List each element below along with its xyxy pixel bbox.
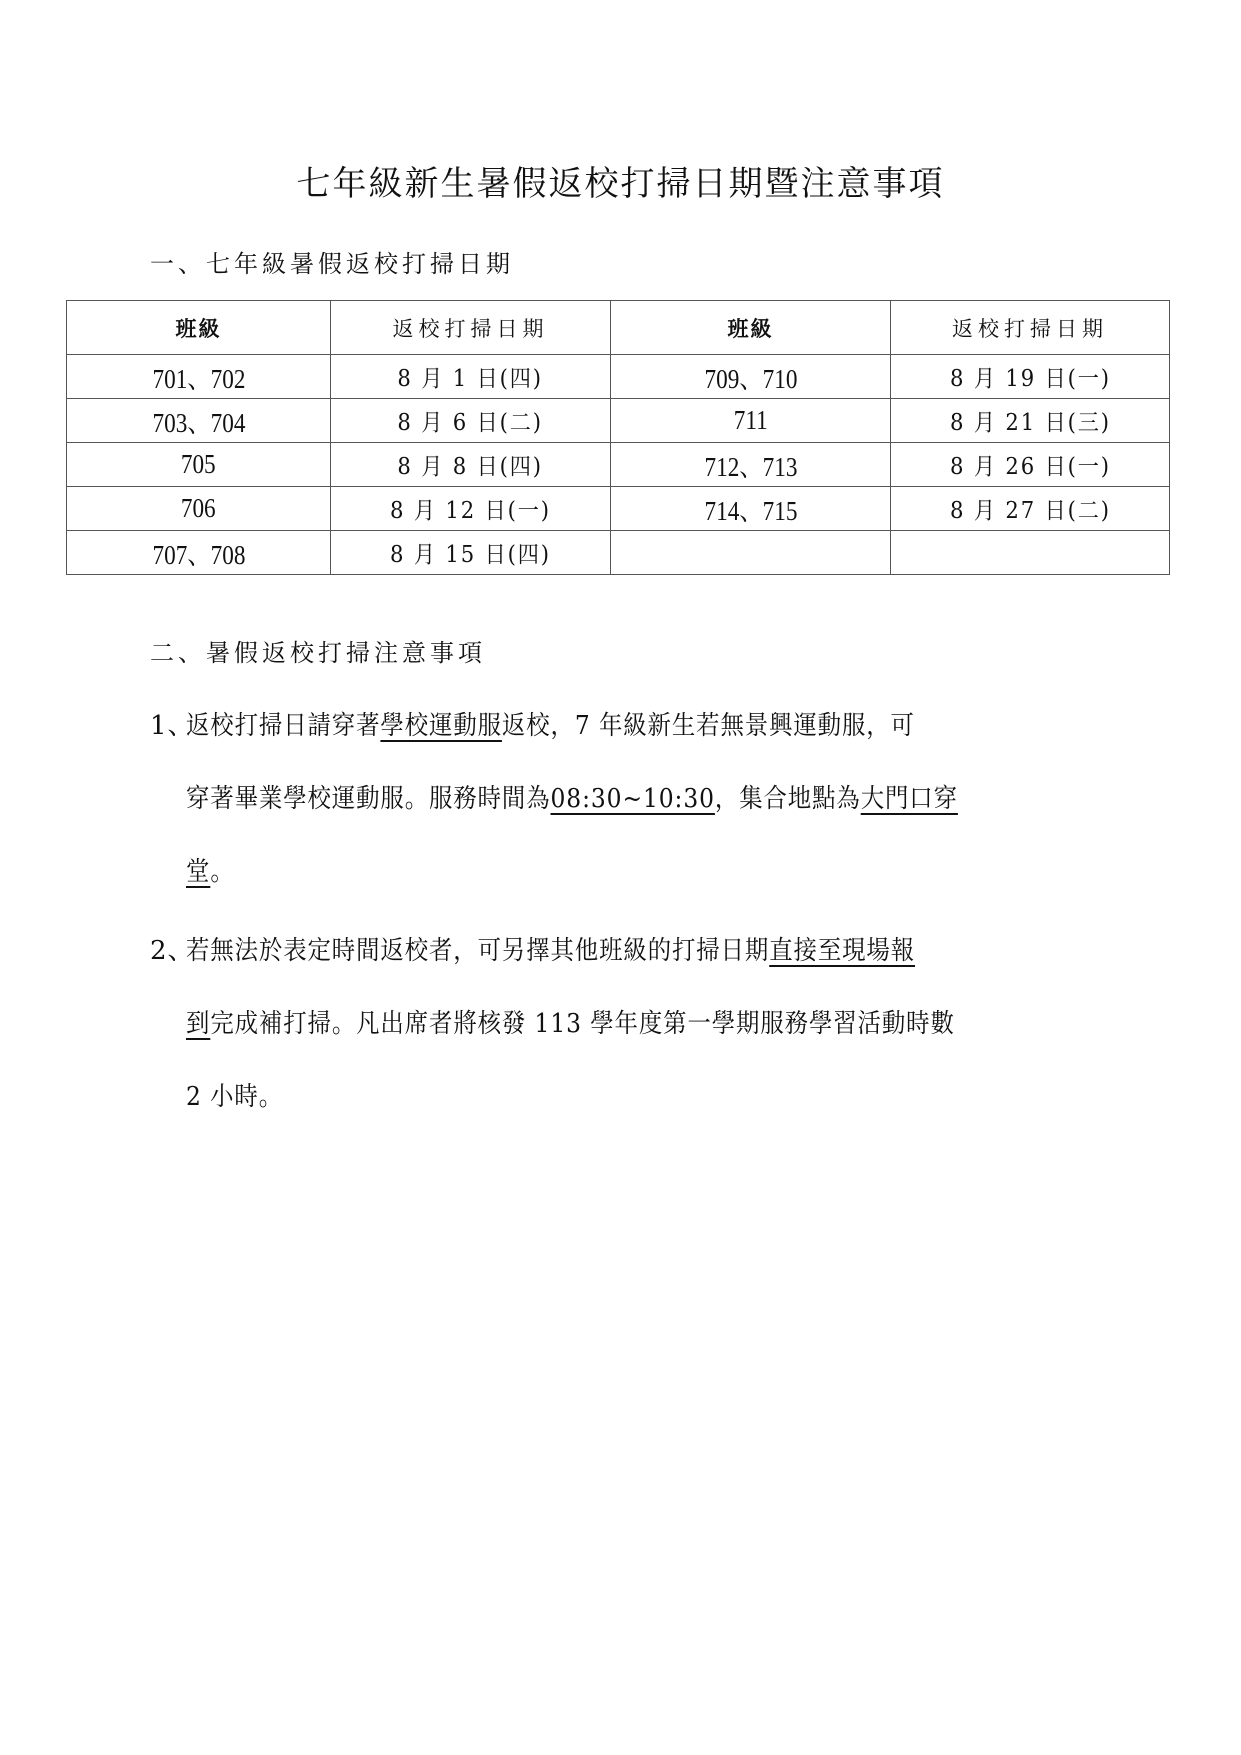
class-cell: 703、704 xyxy=(67,399,331,443)
class-cell: 709、710 xyxy=(611,355,891,399)
note-text: 。 xyxy=(210,836,234,909)
date-cell: 8 月 27 日(二) xyxy=(891,487,1170,531)
note-line: 1、返校打掃日請穿著學校運動服返校，7 年級新生若無景興運動服，可 xyxy=(150,690,1100,763)
table-header-row: 班級 返校打掃日期 班級 返校打掃日期 xyxy=(67,301,1170,355)
date-cell: 8 月 21 日(三) xyxy=(891,399,1170,443)
date-cell-empty xyxy=(891,531,1170,575)
document-page: 七年級新生暑假返校打掃日期暨注意事項 一、七年級暑假返校打掃日期 班級 返校打掃… xyxy=(0,0,1241,1755)
class-cell: 707、708 xyxy=(67,531,331,575)
note-text-underlined: 堂 xyxy=(186,836,210,909)
note-text-underlined: 直接至現場報 xyxy=(769,915,915,988)
document-title: 七年級新生暑假返校打掃日期暨注意事項 xyxy=(0,162,1241,206)
note-text: 若無法於表定時間返校者，可另擇其他班級的打掃日期 xyxy=(186,915,769,988)
table-row: 707、708 8 月 15 日(四) xyxy=(67,531,1170,575)
class-cell: 711 xyxy=(611,399,891,443)
note-text-underlined: 學校運動服 xyxy=(380,690,502,763)
class-cell: 714、715 xyxy=(611,487,891,531)
class-cell: 712、713 xyxy=(611,443,891,487)
note-number: 2、 xyxy=(150,915,186,988)
note-text: 2 小時。 xyxy=(186,1061,283,1134)
note-text: ，集合地點為 xyxy=(715,763,861,836)
note-line: 2 小時。 xyxy=(150,1061,1100,1134)
date-cell: 8 月 6 日(二) xyxy=(331,399,611,443)
note-line: 堂。 xyxy=(150,836,1100,909)
table-row: 703、704 8 月 6 日(二) 711 8 月 21 日(三) xyxy=(67,399,1170,443)
date-cell: 8 月 26 日(一) xyxy=(891,443,1170,487)
table-row: 705 8 月 8 日(四) 712、713 8 月 26 日(一) xyxy=(67,443,1170,487)
note-text-underlined: 到 xyxy=(186,988,210,1061)
note-line: 2、若無法於表定時間返校者，可另擇其他班級的打掃日期直接至現場報 xyxy=(150,915,1100,988)
date-cell: 8 月 15 日(四) xyxy=(331,531,611,575)
note-item-2: 2、若無法於表定時間返校者，可另擇其他班級的打掃日期直接至現場報 到完成補打掃。… xyxy=(150,915,1100,1134)
header-class-a: 班級 xyxy=(67,301,331,355)
note-text: 返校，7 年級新生若無景興運動服，可 xyxy=(502,690,915,763)
class-cell-empty xyxy=(611,531,891,575)
note-text-underlined: 08:30~10:30 xyxy=(551,763,715,836)
table-row: 701、702 8 月 1 日(四) 709、710 8 月 19 日(一) xyxy=(67,355,1170,399)
date-cell: 8 月 19 日(一) xyxy=(891,355,1170,399)
cleaning-schedule-table: 班級 返校打掃日期 班級 返校打掃日期 701、702 8 月 1 日(四) 7… xyxy=(66,300,1170,575)
note-line: 到完成補打掃。凡出席者將核發 113 學年度第一學期服務學習活動時數 xyxy=(150,988,1100,1061)
class-cell: 701、702 xyxy=(67,355,331,399)
date-cell: 8 月 12 日(一) xyxy=(331,487,611,531)
table-row: 706 8 月 12 日(一) 714、715 8 月 27 日(二) xyxy=(67,487,1170,531)
note-text: 完成補打掃。凡出席者將核發 113 學年度第一學期服務學習活動時數 xyxy=(210,988,954,1061)
note-line: 穿著畢業學校運動服。服務時間為 08:30~10:30，集合地點為大門口穿 xyxy=(150,763,1100,836)
date-cell: 8 月 1 日(四) xyxy=(331,355,611,399)
note-text: 穿著畢業學校運動服。服務時間為 xyxy=(186,763,551,836)
note-text-underlined: 大門口穿 xyxy=(861,763,958,836)
class-cell: 705 xyxy=(67,443,331,487)
date-cell: 8 月 8 日(四) xyxy=(331,443,611,487)
header-date-a: 返校打掃日期 xyxy=(331,301,611,355)
section-heading-schedule: 一、七年級暑假返校打掃日期 xyxy=(150,248,514,280)
class-cell: 706 xyxy=(67,487,331,531)
note-text: 返校打掃日請穿著 xyxy=(186,690,380,763)
header-date-b: 返校打掃日期 xyxy=(891,301,1170,355)
header-class-b: 班級 xyxy=(611,301,891,355)
note-item-1: 1、返校打掃日請穿著學校運動服返校，7 年級新生若無景興運動服，可 穿著畢業學校… xyxy=(150,690,1100,909)
note-number: 1、 xyxy=(150,690,186,763)
section-heading-notes: 二、暑假返校打掃注意事項 xyxy=(150,637,486,669)
